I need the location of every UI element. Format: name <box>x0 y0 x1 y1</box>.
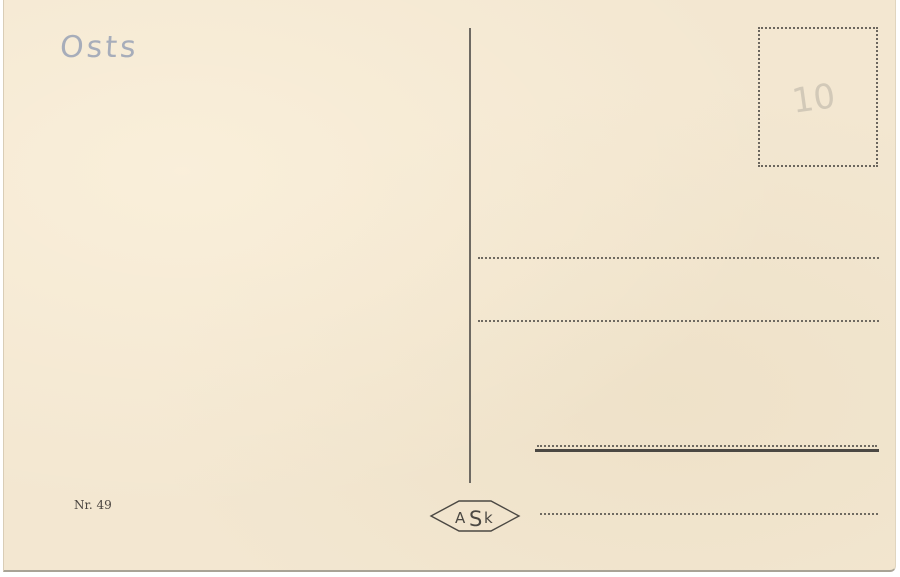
logo-letter-a: A <box>455 509 466 527</box>
address-line-2 <box>478 320 879 322</box>
card-number-label: Nr. 49 <box>74 498 112 512</box>
logo-letter-s: S <box>469 507 482 531</box>
stamp-placeholder-box: 10 <box>758 27 878 167</box>
handwritten-note: Osts <box>59 30 140 65</box>
logo-letter-k: k <box>484 509 493 527</box>
stamp-pencil-mark: 10 <box>789 76 837 122</box>
address-line-1 <box>478 257 879 259</box>
address-line-3 <box>537 445 877 447</box>
center-divider-line <box>469 28 471 483</box>
publisher-logo-icon: A S k <box>429 498 521 534</box>
address-underline-solid <box>535 449 879 452</box>
address-line-4 <box>540 513 878 515</box>
postcard-back: Osts 10 Nr. 49 A S k <box>3 0 896 572</box>
